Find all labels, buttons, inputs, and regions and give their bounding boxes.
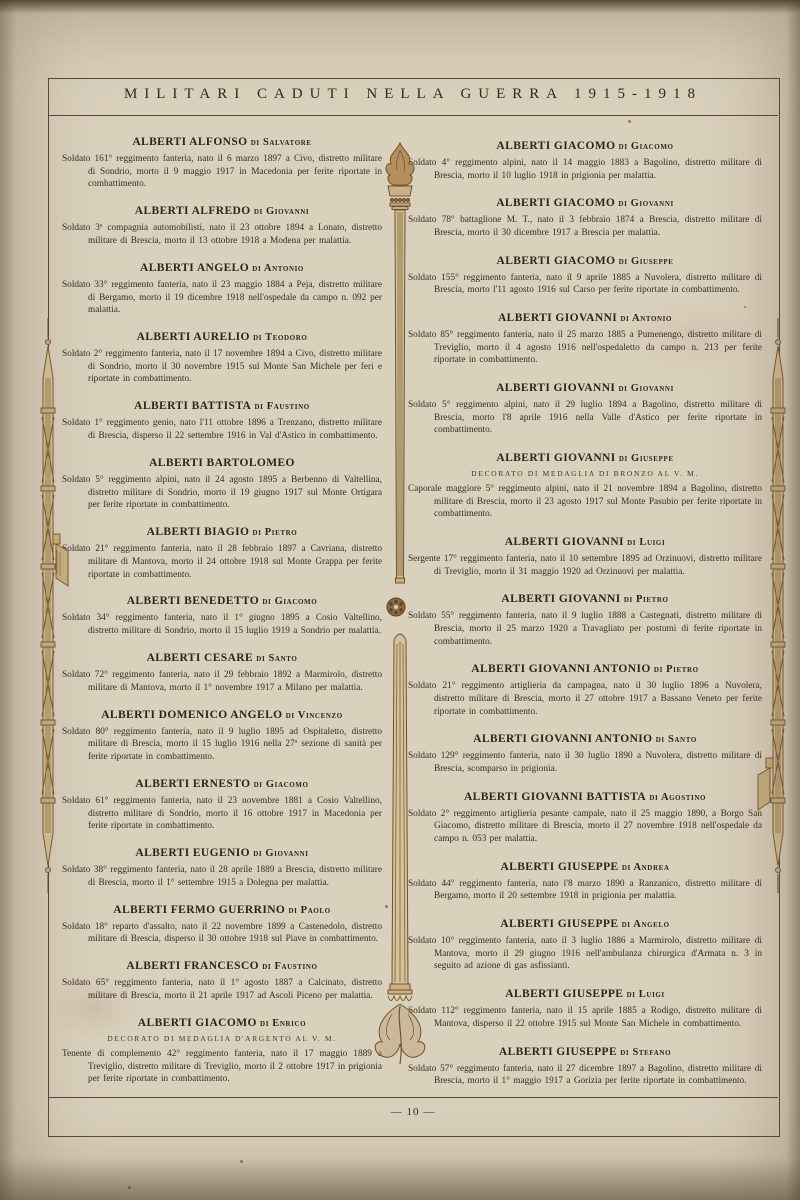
entry-name: ALBERTI DOMENICO ANGELO di Vincenzo xyxy=(62,709,382,721)
entry-name: ALBERTI BARTOLOMEO xyxy=(62,457,382,469)
entry-text: Soldato 57° reggimento fanteria, nato il… xyxy=(408,1063,762,1088)
inverted-torch-column-icon xyxy=(368,626,432,1066)
paper-speck xyxy=(660,1078,662,1080)
entry-name: ALBERTI FERMO GUERRINO di Paolo xyxy=(62,904,382,916)
entry-name: ALBERTI GIOVANNI ANTONIO di Pietro xyxy=(408,663,762,675)
entry-name: ALBERTI GIOVANNI di Antonio xyxy=(408,312,762,324)
entry: ALBERTI BARTOLOMEOSoldato 5° reggimento … xyxy=(62,457,382,512)
entry-name: ALBERTI GIUSEPPE di Stefano xyxy=(408,1046,762,1058)
entry: ALBERTI GIOVANNI BATTISTA di AgostinoSol… xyxy=(408,791,762,846)
entry-name: ALBERTI BIAGIO di Pietro xyxy=(62,526,382,538)
entry-name: ALBERTI GIUSEPPE di Luigi xyxy=(408,988,762,1000)
entry-name: ALBERTI GIACOMO di Giovanni xyxy=(408,197,762,209)
entry-text: Soldato 1° reggimento genio, nato l'11 o… xyxy=(62,417,382,442)
entry: ALBERTI GIACOMO di GiuseppeSoldato 155° … xyxy=(408,255,762,297)
entry-text: Soldato 21° reggimento fanteria, nato il… xyxy=(62,543,382,581)
entry-text: Soldato 34° reggimento fanteria, nato il… xyxy=(62,612,382,637)
entry-text: Soldato 18° reparto d'assalto, nato il 2… xyxy=(62,921,382,946)
entry-text: Tenente di complemento 42° reggimento fa… xyxy=(62,1048,382,1086)
fasces-icon xyxy=(26,318,70,893)
entry: ALBERTI GIUSEPPE di AngeloSoldato 10° re… xyxy=(408,918,762,973)
entry-text: Soldato 3ª compagnia automobilisti, nato… xyxy=(62,222,382,247)
entry-name: ALBERTI EUGENIO di Giovanni xyxy=(62,847,382,859)
entry-text: Soldato 65° reggimento fanteria, nato il… xyxy=(62,977,382,1002)
entry: ALBERTI GIOVANNI di GiuseppeDECORATO DI … xyxy=(408,452,762,521)
entry-name: ALBERTI CESARE di Santo xyxy=(62,652,382,664)
paper-speck xyxy=(744,306,746,308)
paper-speck xyxy=(628,120,631,123)
paper-speck xyxy=(385,905,388,908)
entry-name: ALBERTI ANGELO di Antonio xyxy=(62,262,382,274)
entry-name: ALBERTI GIOVANNI di Giovanni xyxy=(408,382,762,394)
entry-text: Soldato 72° reggimento fanteria, nato il… xyxy=(62,669,382,694)
entry-name: ALBERTI GIOVANNI di Luigi xyxy=(408,536,762,548)
entry-text: Soldato 78° battaglione M. T., nato il 3… xyxy=(408,214,762,239)
right-column: ALBERTI GIACOMO di GiacomoSoldato 4° reg… xyxy=(408,140,762,1088)
entry-text: Soldato 85° reggimento fanteria, nato il… xyxy=(408,329,762,367)
page-number: — 10 — xyxy=(48,1106,778,1118)
entry-text: Caporale maggiore 5° reggimento alpini, … xyxy=(408,483,762,521)
entry: ALBERTI GIACOMO di GiacomoSoldato 4° reg… xyxy=(408,140,762,182)
entry-name: ALBERTI BENEDETTO di Giacomo xyxy=(62,595,382,607)
entry: ALBERTI GIUSEPPE di StefanoSoldato 57° r… xyxy=(408,1046,762,1088)
paper-speck xyxy=(240,1160,243,1163)
entry-name: ALBERTI AURELIO di Teodoro xyxy=(62,331,382,343)
entry: ALBERTI ALFREDO di GiovanniSoldato 3ª co… xyxy=(62,205,382,247)
title-band-rule xyxy=(48,115,778,116)
entry-name: ALBERTI GIUSEPPE di Angelo xyxy=(408,918,762,930)
entry-text: Soldato 80° reggimento fanteria, nato il… xyxy=(62,726,382,764)
entry: ALBERTI GIUSEPPE di LuigiSoldato 112° re… xyxy=(408,988,762,1030)
entry-text: Soldato 161° reggimento fanteria, nato i… xyxy=(62,153,382,191)
entry-text: Soldato 155° reggimento fanteria, nato i… xyxy=(408,272,762,297)
entry-name: ALBERTI GIOVANNI BATTISTA di Agostino xyxy=(408,791,762,803)
entry: ALBERTI GIOVANNI di AntonioSoldato 85° r… xyxy=(408,312,762,367)
entry: ALBERTI ERNESTO di GiacomoSoldato 61° re… xyxy=(62,778,382,833)
entry: ALBERTI ANGELO di AntonioSoldato 33° reg… xyxy=(62,262,382,317)
entry-name: ALBERTI ERNESTO di Giacomo xyxy=(62,778,382,790)
entry: ALBERTI GIOVANNI di PietroSoldato 55° re… xyxy=(408,593,762,648)
entry-text: Soldato 5° reggimento alpini, nato il 24… xyxy=(62,474,382,512)
entry-text: Sergente 17° reggimento fanteria, nato i… xyxy=(408,553,762,578)
entry-name: ALBERTI BATTISTA di Faustino xyxy=(62,400,382,412)
entry-text: Soldato 4° reggimento alpini, nato il 14… xyxy=(408,157,762,182)
entry-name: ALBERTI GIACOMO di Giacomo xyxy=(408,140,762,152)
scanned-page: MILITARI CADUTI NELLA GUERRA 1915-1918 A… xyxy=(0,0,800,1200)
entry-text: Soldato 112° reggimento fanteria, nato i… xyxy=(408,1005,762,1030)
entry-text: Soldato 38° reggimento fanteria, nato il… xyxy=(62,864,382,889)
entry: ALBERTI GIUSEPPE di AndreaSoldato 44° re… xyxy=(408,861,762,903)
entry: ALBERTI BENEDETTO di GiacomoSoldato 34° … xyxy=(62,595,382,637)
entry-name: ALBERTI FRANCESCO di Faustino xyxy=(62,960,382,972)
entry-name: ALBERTI GIOVANNI di Pietro xyxy=(408,593,762,605)
entry: ALBERTI GIOVANNI ANTONIO di SantoSoldato… xyxy=(408,733,762,775)
torch-column-icon xyxy=(376,140,424,595)
entry-text: Soldato 44° reggimento fanteria, nato l'… xyxy=(408,878,762,903)
entry: ALBERTI EUGENIO di GiovanniSoldato 38° r… xyxy=(62,847,382,889)
entry-name: ALBERTI GIACOMO di Giuseppe xyxy=(408,255,762,267)
entry-name: ALBERTI ALFONSO di Salvatore xyxy=(62,136,382,148)
entry-text: Soldato 21° reggimento artiglieria da ca… xyxy=(408,680,762,718)
entry-text: Soldato 5° reggimento alpini, nato il 29… xyxy=(408,399,762,437)
entry: ALBERTI GIACOMO di EnricoDECORATO DI MED… xyxy=(62,1017,382,1086)
entry-name: ALBERTI GIOVANNI ANTONIO di Santo xyxy=(408,733,762,745)
footer-band-rule xyxy=(48,1097,778,1098)
entry: ALBERTI GIOVANNI di GiovanniSoldato 5° r… xyxy=(408,382,762,437)
entry-text: Soldato 2° reggimento artiglieria pesant… xyxy=(408,808,762,846)
entry-name: ALBERTI ALFREDO di Giovanni xyxy=(62,205,382,217)
fasces-icon xyxy=(756,318,800,893)
entry: ALBERTI GIOVANNI di LuigiSergente 17° re… xyxy=(408,536,762,578)
entry: ALBERTI GIOVANNI ANTONIO di PietroSoldat… xyxy=(408,663,762,718)
entry: ALBERTI GIACOMO di GiovanniSoldato 78° b… xyxy=(408,197,762,239)
paper-speck xyxy=(128,1186,131,1189)
entry-text: Soldato 33° reggimento fanteria, nato il… xyxy=(62,279,382,317)
entry: ALBERTI FERMO GUERRINO di PaoloSoldato 1… xyxy=(62,904,382,946)
entry-name: ALBERTI GIOVANNI di Giuseppe xyxy=(408,452,762,464)
entry: ALBERTI CESARE di SantoSoldato 72° reggi… xyxy=(62,652,382,694)
left-column: ALBERTI ALFONSO di SalvatoreSoldato 161°… xyxy=(62,136,382,1086)
rosette-icon xyxy=(383,594,409,620)
entry: ALBERTI FRANCESCO di FaustinoSoldato 65°… xyxy=(62,960,382,1002)
entry: ALBERTI BATTISTA di FaustinoSoldato 1° r… xyxy=(62,400,382,442)
entry-name: ALBERTI GIACOMO di Enrico xyxy=(62,1017,382,1029)
page-title: MILITARI CADUTI NELLA GUERRA 1915-1918 xyxy=(48,86,778,103)
entry: ALBERTI AURELIO di TeodoroSoldato 2° reg… xyxy=(62,331,382,386)
entry-honor: DECORATO DI MEDAGLIA DI BRONZO AL V. M. xyxy=(408,469,762,478)
entry-text: Soldato 61° reggimento fanteria, nato il… xyxy=(62,795,382,833)
entry-text: Soldato 55° reggimento fanteria, nato il… xyxy=(408,610,762,648)
entry-text: Soldato 2° reggimento fanteria, nato il … xyxy=(62,348,382,386)
entry-name: ALBERTI GIUSEPPE di Andrea xyxy=(408,861,762,873)
entry: ALBERTI BIAGIO di PietroSoldato 21° regg… xyxy=(62,526,382,581)
entry-text: Soldato 10° reggimento fanteria, nato il… xyxy=(408,935,762,973)
entry-honor: DECORATO DI MEDAGLIA D'ARGENTO AL V. M. xyxy=(62,1034,382,1043)
entry: ALBERTI DOMENICO ANGELO di VincenzoSolda… xyxy=(62,709,382,764)
entry-text: Soldato 129° reggimento fanteria, nato i… xyxy=(408,750,762,775)
entry: ALBERTI ALFONSO di SalvatoreSoldato 161°… xyxy=(62,136,382,191)
